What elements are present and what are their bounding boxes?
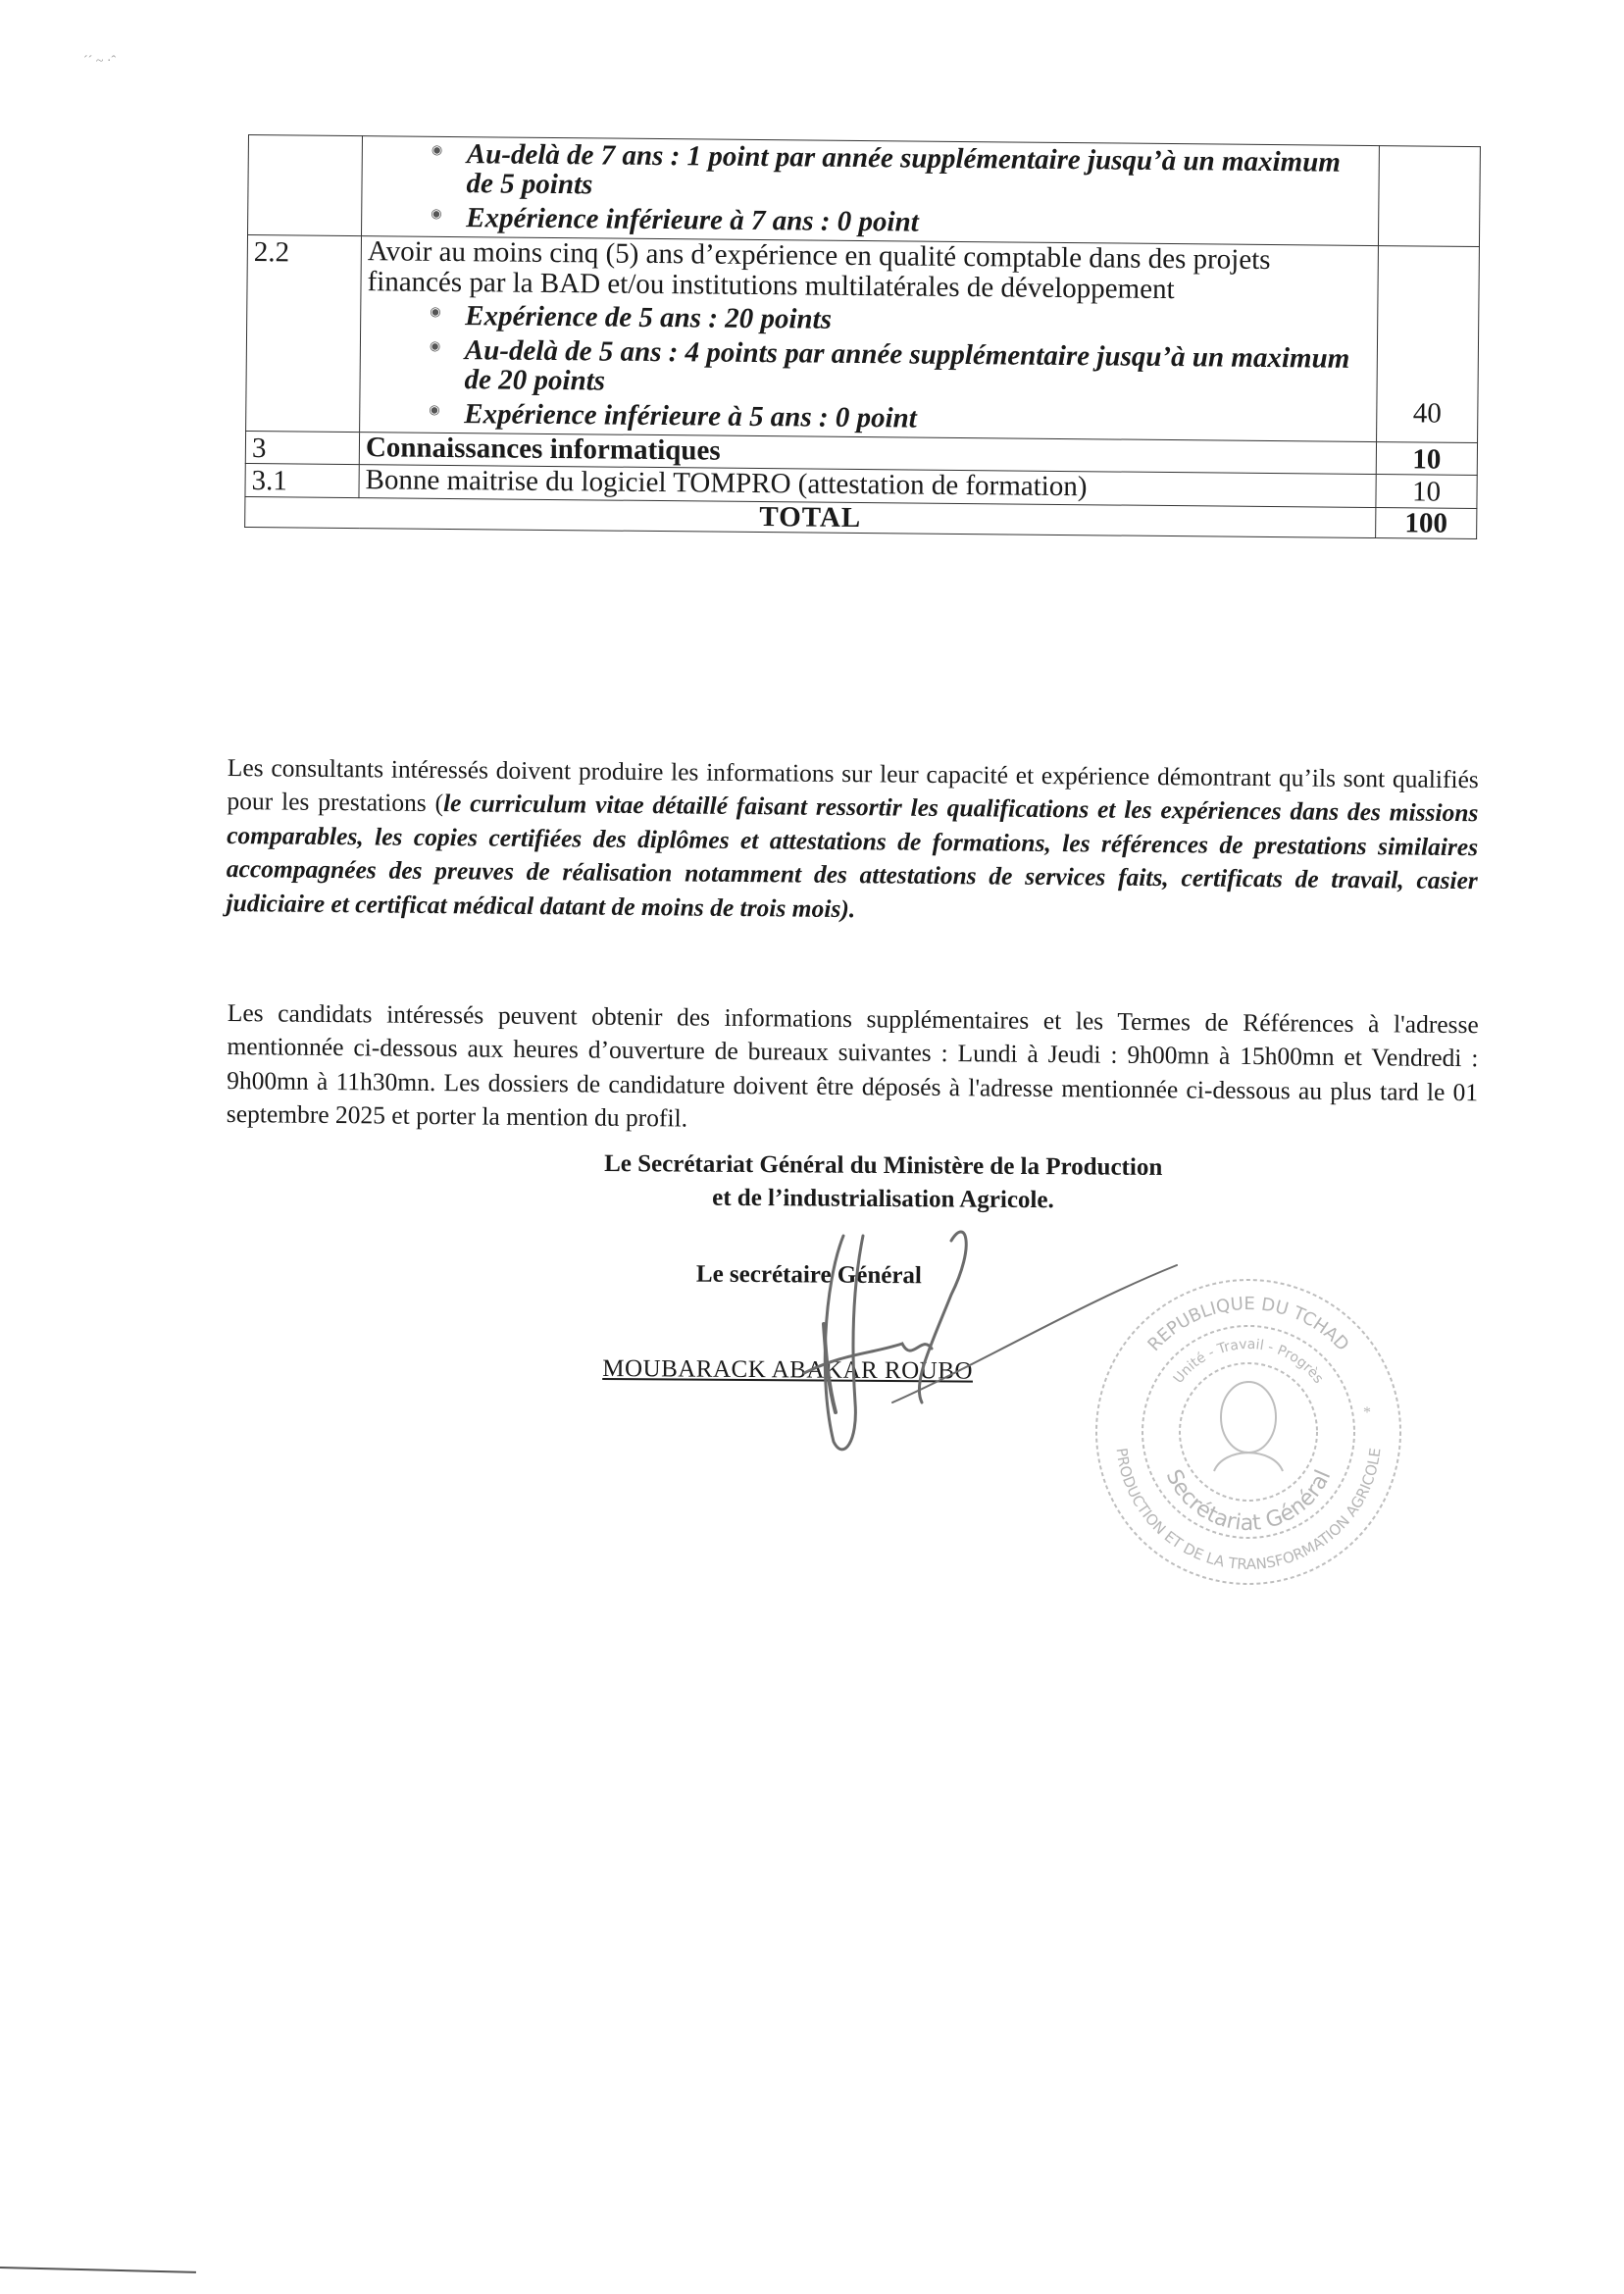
bullet-list: Expérience de 5 ans : 20 points Au-delà … [366, 300, 1369, 437]
row-number: 3.1 [245, 464, 359, 498]
row-score: 10 [1376, 441, 1477, 475]
criterion-text: Avoir au moins cinq (5) ans d’expérience… [367, 236, 1370, 306]
evaluation-criteria-table: Au-delà de 7 ans : 1 point par année sup… [244, 134, 1481, 539]
requirements-paragraph: Les consultants intéressés doivent produ… [226, 751, 1479, 932]
row-score: 10 [1376, 475, 1477, 508]
row-number: 3 [245, 431, 359, 465]
table-row: 2.2 Avoir au moins cinq (5) ans d’expéri… [246, 235, 1480, 443]
svg-text:Secrétariat Général: Secrétariat Général [1161, 1466, 1337, 1536]
svg-text:Unité - Travail - Progrès: Unité - Travail - Progrès [1171, 1337, 1327, 1387]
row-score: 40 [1377, 396, 1477, 442]
list-item: Au-delà de 7 ans : 1 point par année sup… [431, 139, 1371, 208]
table-row: Au-delà de 7 ans : 1 point par année sup… [248, 135, 1481, 247]
bullet-list: Au-delà de 7 ans : 1 point par année sup… [368, 138, 1371, 241]
official-stamp-icon: REPUBLIQUE DU TCHAD PRODUCTION ET DE LA … [1087, 1270, 1410, 1594]
document-page: ´´ ~ ·ˆ Au-delà de 7 ans : 1 point par a… [0, 0, 1624, 2294]
row-number [248, 135, 363, 236]
list-item: Expérience de 5 ans : 20 points [430, 301, 1369, 340]
row-number: 2.2 [246, 235, 362, 433]
svg-text:*: * [1363, 1404, 1371, 1421]
list-item: Expérience inférieure à 5 ans : 0 point [429, 398, 1368, 437]
row-score [1378, 146, 1480, 247]
svg-text:PRODUCTION ET DE LA TRANSFORMA: PRODUCTION ET DE LA TRANSFORMATION AGRIC… [1112, 1447, 1384, 1573]
submission-info-paragraph: Les candidats intéressés peuvent obtenir… [227, 996, 1479, 1144]
scan-marks: ´´ ~ ·ˆ [83, 54, 116, 70]
total-score: 100 [1376, 507, 1477, 538]
scan-edge-line [0, 2267, 196, 2273]
list-item: Au-delà de 5 ans : 4 points par année su… [429, 334, 1369, 403]
list-item: Expérience inférieure à 7 ans : 0 point [431, 203, 1370, 242]
issuer-line-1: Le Secrétariat Général du Ministère de l… [511, 1147, 1256, 1185]
